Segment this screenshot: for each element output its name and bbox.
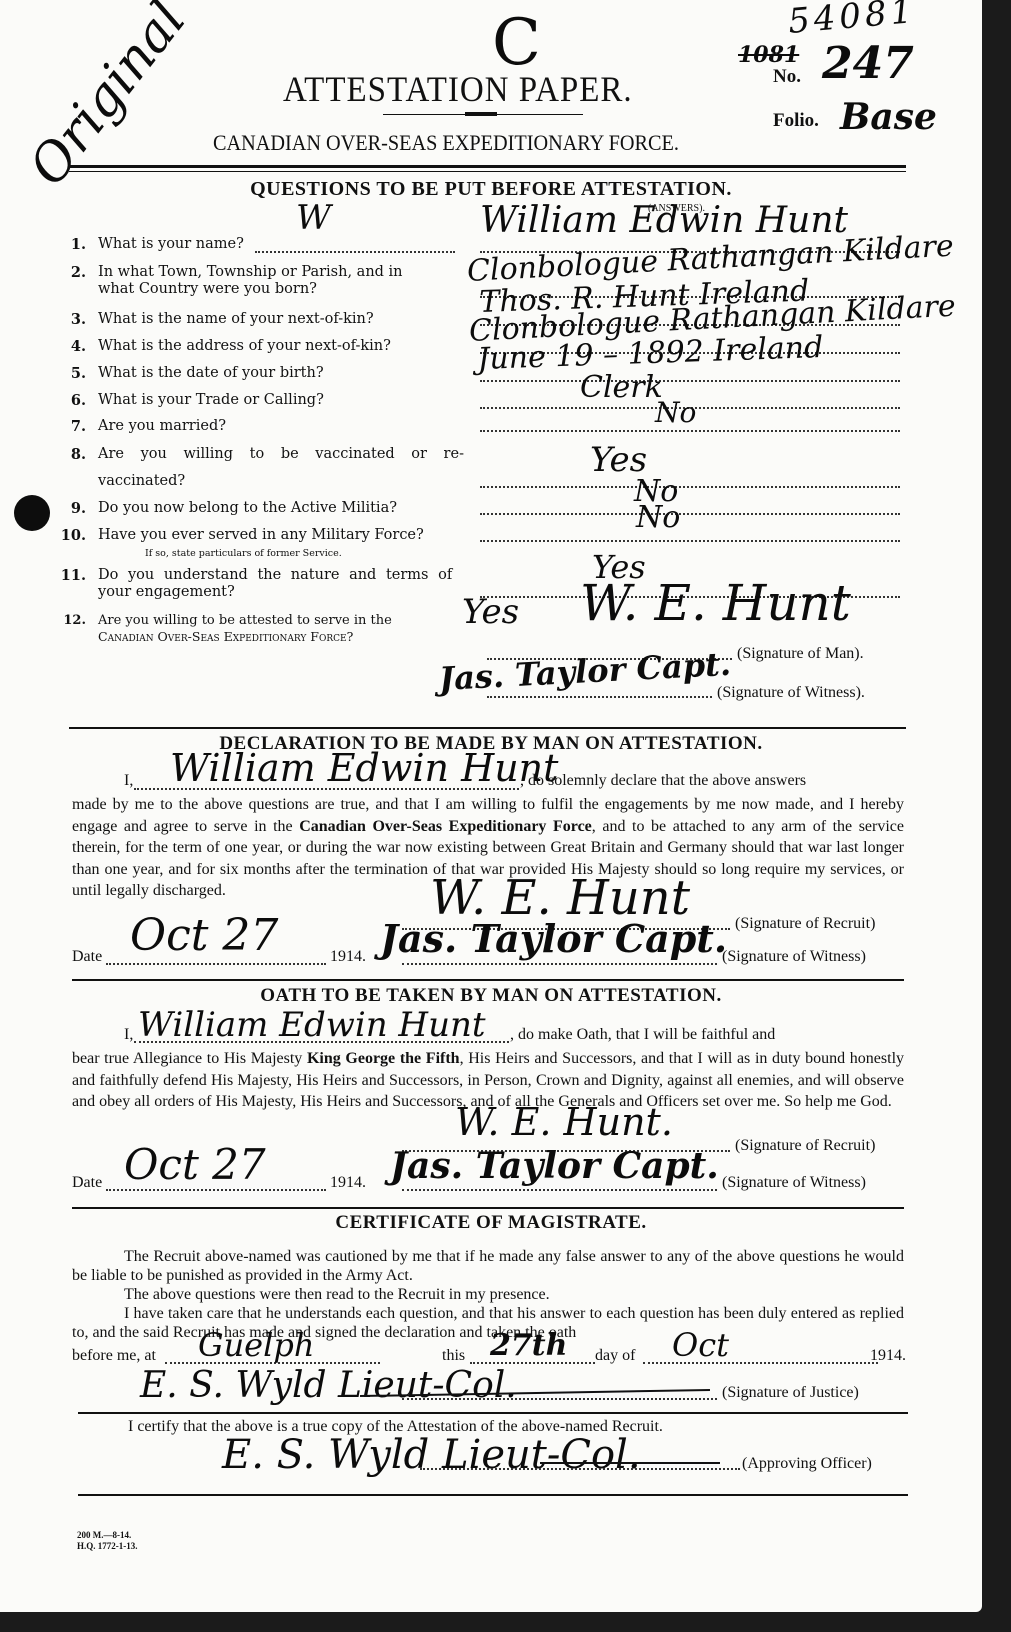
declaration-date-label: Date: [72, 948, 102, 966]
section-rule-3: [72, 1207, 904, 1209]
oath-witness-line: [402, 1189, 717, 1191]
attestation-paper: Original C 54081 1081 No. 247 Folio. Bas…: [0, 0, 982, 1612]
declaration-name: William Edwin Hunt: [170, 746, 558, 790]
oath-witness-label: (Signature of Witness): [722, 1174, 866, 1192]
signature-man-label: (Signature of Man).: [737, 645, 864, 663]
answer-12: Yes: [462, 592, 519, 632]
officer-line: [420, 1468, 740, 1470]
header-rule-thick: [69, 165, 906, 168]
declaration-intro: , do solemnly declare that the above ans…: [520, 772, 806, 790]
oath-year: 1914.: [330, 1174, 366, 1192]
magistrate-para-2: The above questions were then read to th…: [72, 1285, 904, 1304]
answer-6: Clerk: [580, 370, 663, 405]
declaration-recruit-label: (Signature of Recruit): [735, 915, 875, 933]
answer-1: William Edwin Hunt: [480, 200, 848, 241]
no-label: No.: [773, 66, 801, 88]
declaration-date: Oct 27: [130, 910, 278, 961]
officer-label: (Approving Officer): [742, 1455, 872, 1473]
no-struck-value: 1081: [738, 42, 799, 68]
before-me-label: before me, at: [72, 1347, 156, 1365]
oath-date: Oct 27: [124, 1140, 266, 1189]
this-label: this: [442, 1347, 465, 1365]
document-title: ATTESTATION PAPER.: [283, 70, 633, 111]
letter-mark: C: [492, 6, 541, 80]
oath-date-label: Date: [72, 1174, 102, 1192]
signature-witness-line-q: [487, 696, 712, 698]
q5-answer-line: [480, 380, 900, 382]
magistrate-para-3: I have taken care that he understands ea…: [72, 1304, 904, 1342]
section-rule-5: [78, 1494, 908, 1496]
declaration-i: I,: [124, 772, 133, 790]
oath-intro: , do make Oath, that I will be faithful …: [510, 1026, 775, 1044]
no-value: 247: [822, 38, 914, 89]
magistrate-year: 1914.: [870, 1347, 906, 1365]
q7-answer-line: [480, 430, 900, 432]
magistrate-month: Oct: [672, 1326, 729, 1364]
signature-of-man: W. E. Hunt: [580, 574, 851, 632]
oath-heading: OATH TO BE TAKEN BY MAN ON ATTESTATION.: [0, 985, 982, 1007]
questions-heading: QUESTIONS TO BE PUT BEFORE ATTESTATION.: [0, 178, 982, 201]
signature-approving-officer: E. S. Wyld Lieut-Col.: [222, 1432, 641, 1478]
print-code: 200 M.—8-14. H.Q. 1772-1-13.: [77, 1530, 138, 1552]
registration-number: 54081: [787, 0, 918, 42]
magistrate-para-1: The Recruit above-named was cautioned by…: [72, 1247, 904, 1285]
oath-date-line: [106, 1189, 326, 1191]
q1-leader: [255, 251, 455, 253]
q9-answer-line: [480, 513, 900, 515]
answer-10: No: [636, 500, 680, 535]
oath-recruit-label: (Signature of Recruit): [735, 1137, 875, 1155]
declaration-witness-label: (Signature of Witness): [722, 948, 866, 966]
oath-signature-recruit: W. E. Hunt.: [455, 1100, 673, 1144]
justice-label: (Signature of Justice): [722, 1384, 859, 1402]
header-rule-thin: [69, 171, 906, 172]
q10-answer-line: [480, 540, 900, 542]
q8-answer-line: [480, 486, 900, 488]
magistrate-heading: CERTIFICATE OF MAGISTRATE.: [0, 1212, 982, 1234]
declaration-year: 1914.: [330, 948, 366, 966]
day-of-label: day of: [595, 1347, 635, 1365]
signature-witness-label-q: (Signature of Witness).: [717, 684, 865, 702]
declaration-signature-witness: Jas. Taylor Capt.: [380, 916, 727, 961]
oath-i: I,: [124, 1026, 133, 1044]
answer-7: No: [655, 396, 696, 429]
folio-value: Base: [840, 96, 937, 138]
oath-signature-witness: Jas. Taylor Capt.: [390, 1145, 719, 1187]
punch-hole: [14, 495, 50, 531]
justice-line: [402, 1398, 717, 1400]
document-subtitle: CANADIAN OVER-SEAS EXPEDITIONARY FORCE.: [213, 130, 679, 156]
signature-of-witness-q: Jas. Taylor Capt.: [438, 645, 732, 698]
declaration-witness-line: [402, 963, 717, 965]
section-rule-1: [69, 727, 906, 729]
section-rule-4: [78, 1412, 908, 1414]
section-rule-2: [72, 979, 904, 981]
margin-initial: W: [296, 198, 331, 238]
folio-label: Folio.: [773, 110, 819, 132]
magistrate-place: Guelph: [198, 1326, 314, 1364]
declaration-date-line: [106, 963, 326, 965]
title-divider-ornament: [465, 112, 497, 116]
magistrate-day: 27th: [490, 1328, 567, 1363]
officer-strike: [540, 1462, 720, 1464]
oath-name: William Edwin Hunt: [138, 1005, 486, 1045]
